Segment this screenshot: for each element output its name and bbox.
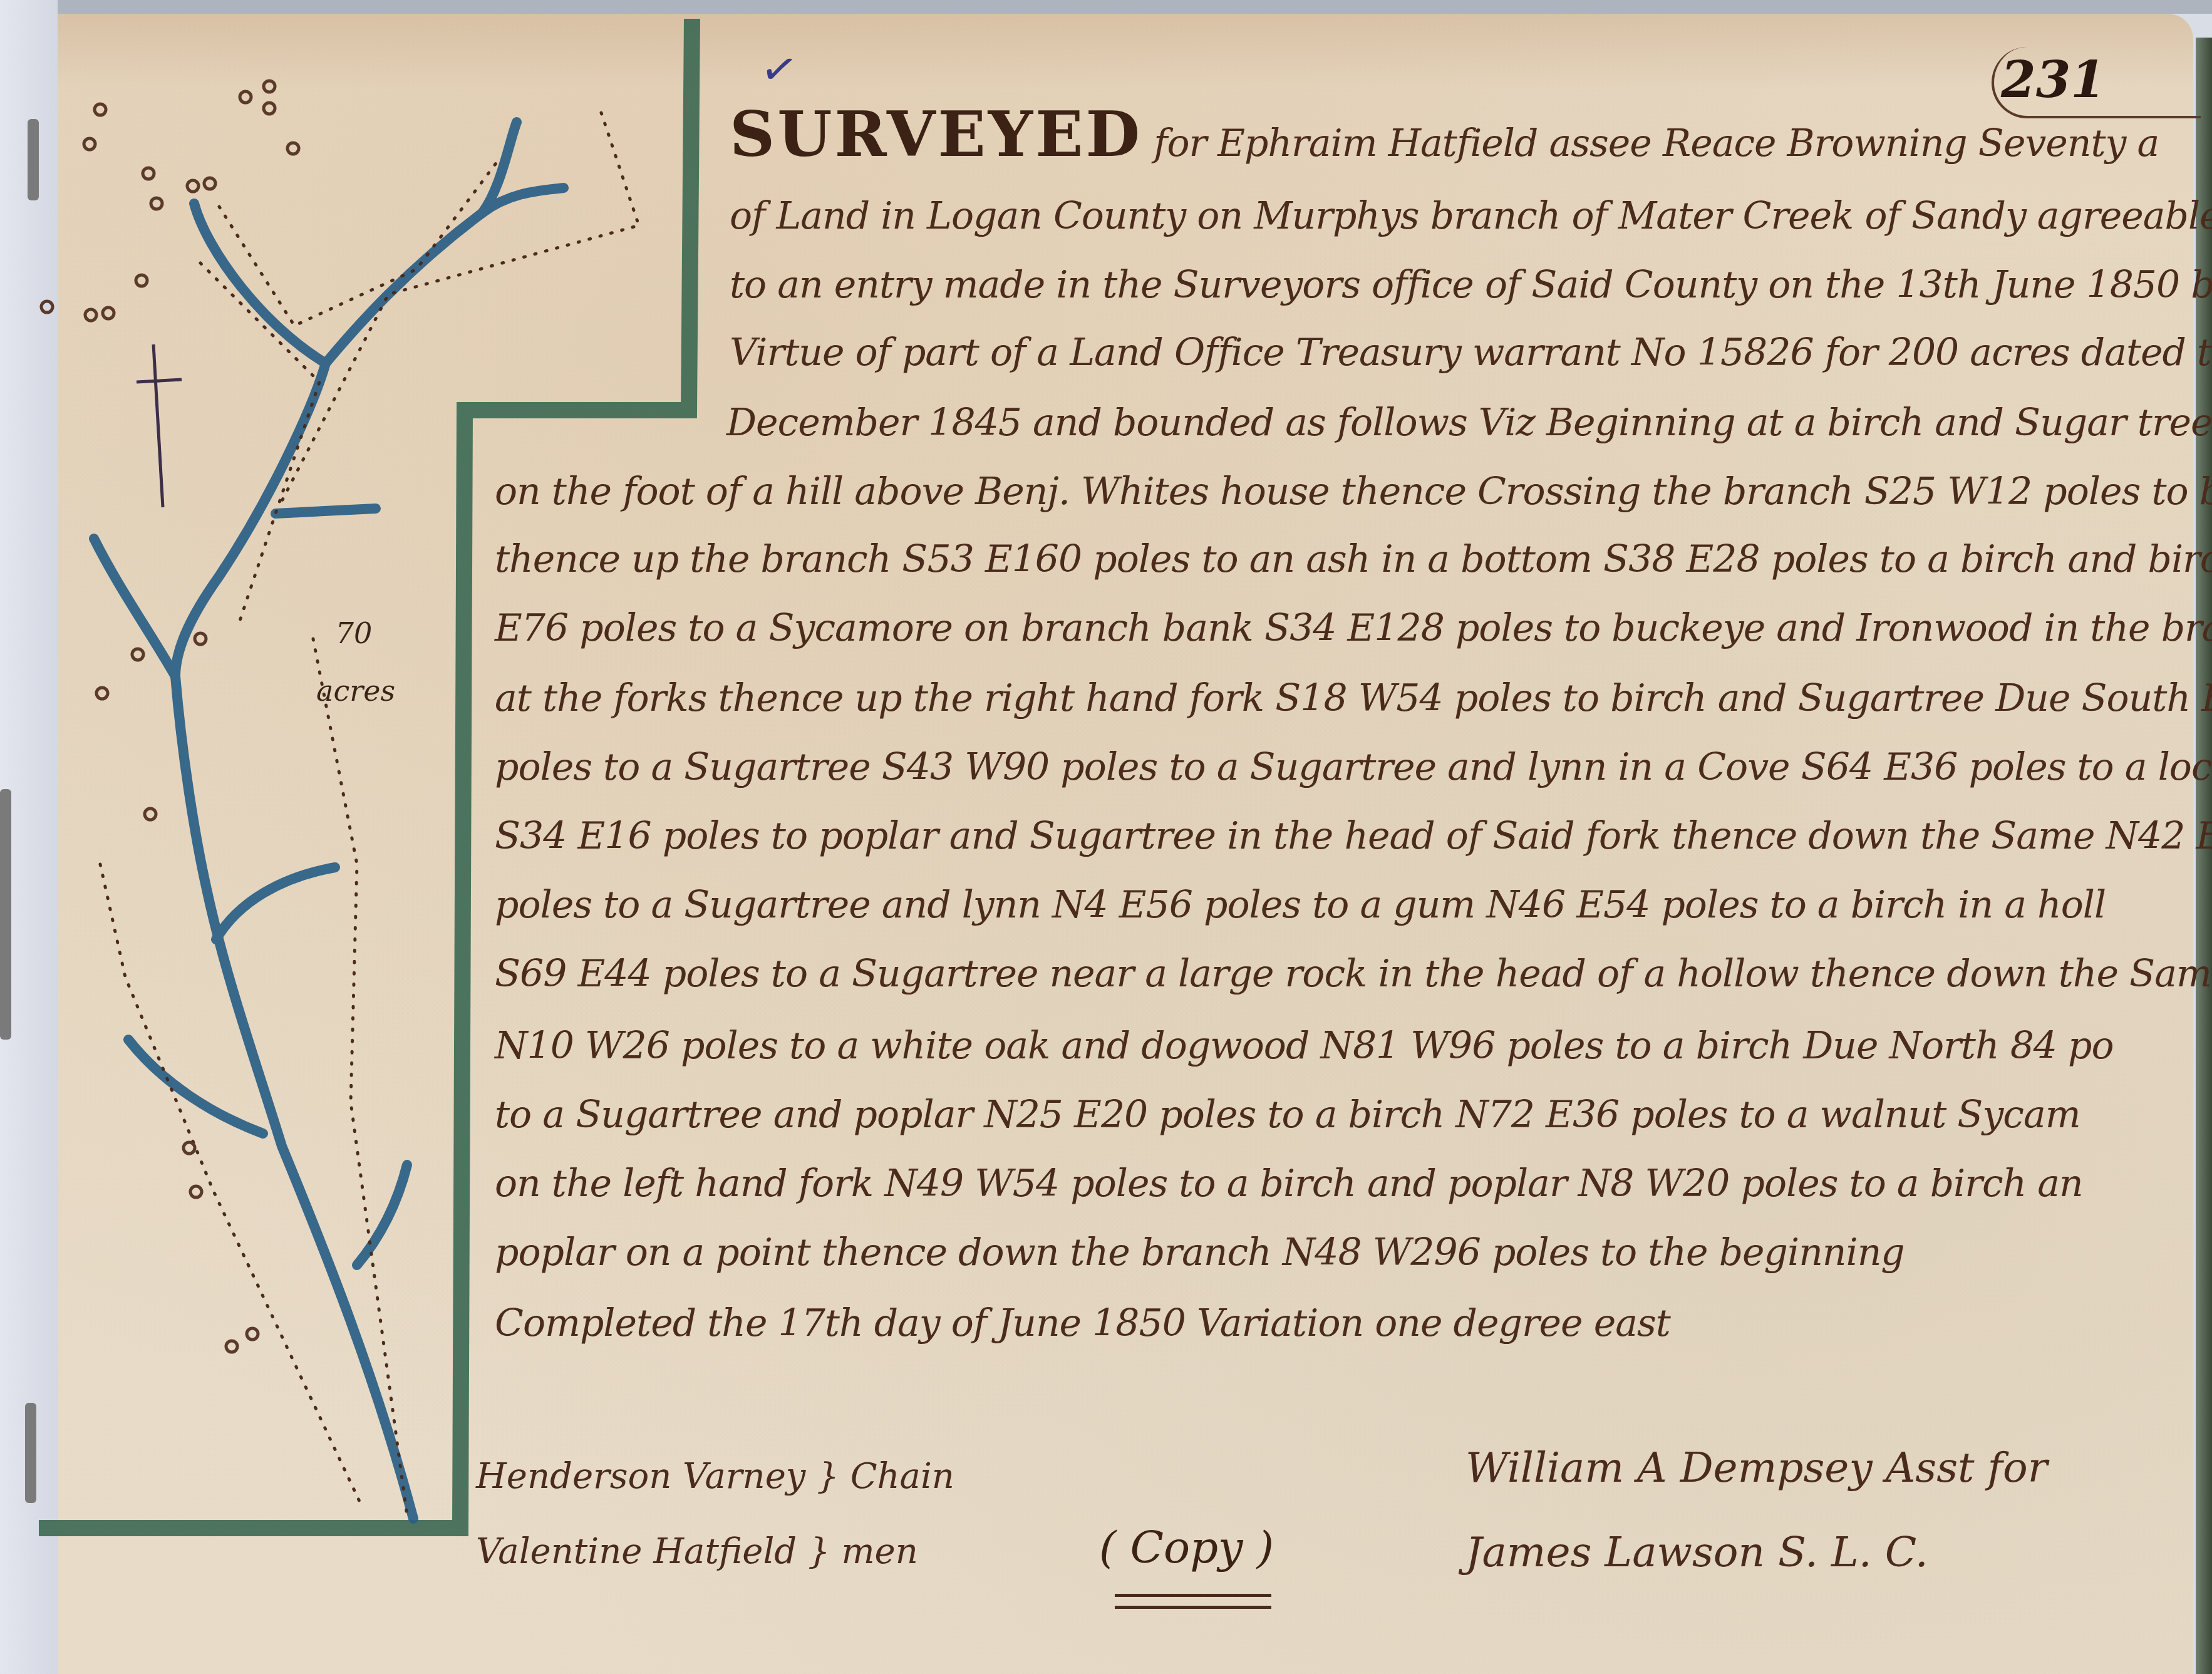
text-line: S34 E16 poles to poplar and Sugartree in… (495, 814, 2212, 858)
surveyor-signature-line-2: James Lawson S. L. C. (1465, 1528, 1928, 1576)
text-line: E76 poles to a Sycamore on branch bank S… (495, 606, 2212, 650)
chain-carrier-1: Henderson Varney } Chain (476, 1456, 954, 1497)
copy-seal: ( Copy ) (1099, 1522, 1274, 1573)
text-line: poles to a Sugartree S43 W90 poles to a … (495, 745, 2212, 789)
seal-double-underline (1115, 1594, 1271, 1609)
survey-corner-marker-icons (41, 81, 299, 1352)
text-line: December 1845 and bounded as follows Viz… (726, 401, 2212, 445)
text-line: Completed the 17th day of June 1850 Vari… (495, 1301, 1670, 1345)
text-line: on the left hand fork N49 W54 poles to a… (495, 1162, 2083, 1206)
chain-carrier-2: Valentine Hatfield } men (476, 1531, 918, 1572)
north-arrow-icon (137, 344, 182, 507)
text-line-1-rest: for Ephraim Hatfield assee Reace Brownin… (1154, 121, 2159, 165)
text-line: to a Sugartree and poplar N25 E20 poles … (495, 1093, 2080, 1137)
text-line: on the foot of a hill above Benj. Whites… (495, 470, 2212, 514)
acreage-label: 70 acres (316, 604, 391, 720)
text-line: Virtue of part of a Land Office Treasury… (730, 331, 2212, 375)
acreage-number: 70 (316, 604, 391, 662)
text-line: poplar on a point thence down the branch… (495, 1231, 1904, 1274)
acreage-unit: acres (316, 662, 391, 720)
text-line: poles to a Sugartree and lynn N4 E56 pol… (495, 883, 2106, 927)
text-line: of Land in Logan County on Murphys branc… (730, 194, 2212, 238)
surveyor-signature-line-1: William A Dempsey Asst for (1465, 1444, 2047, 1492)
text-line: to an entry made in the Surveyors office… (730, 263, 2212, 307)
text-line-1: SURVEYED for Ephraim Hatfield assee Reac… (730, 97, 2159, 171)
text-line: N10 W26 poles to a white oak and dogwood… (495, 1024, 2114, 1068)
text-line: S69 E44 poles to a Sugartree near a larg… (495, 952, 2212, 996)
heading-surveyed: SURVEYED (730, 97, 1142, 171)
text-line: thence up the branch S53 E160 poles to a… (495, 537, 2212, 581)
text-line: at the forks thence up the right hand fo… (495, 676, 2212, 720)
stream-branch (94, 122, 564, 1519)
